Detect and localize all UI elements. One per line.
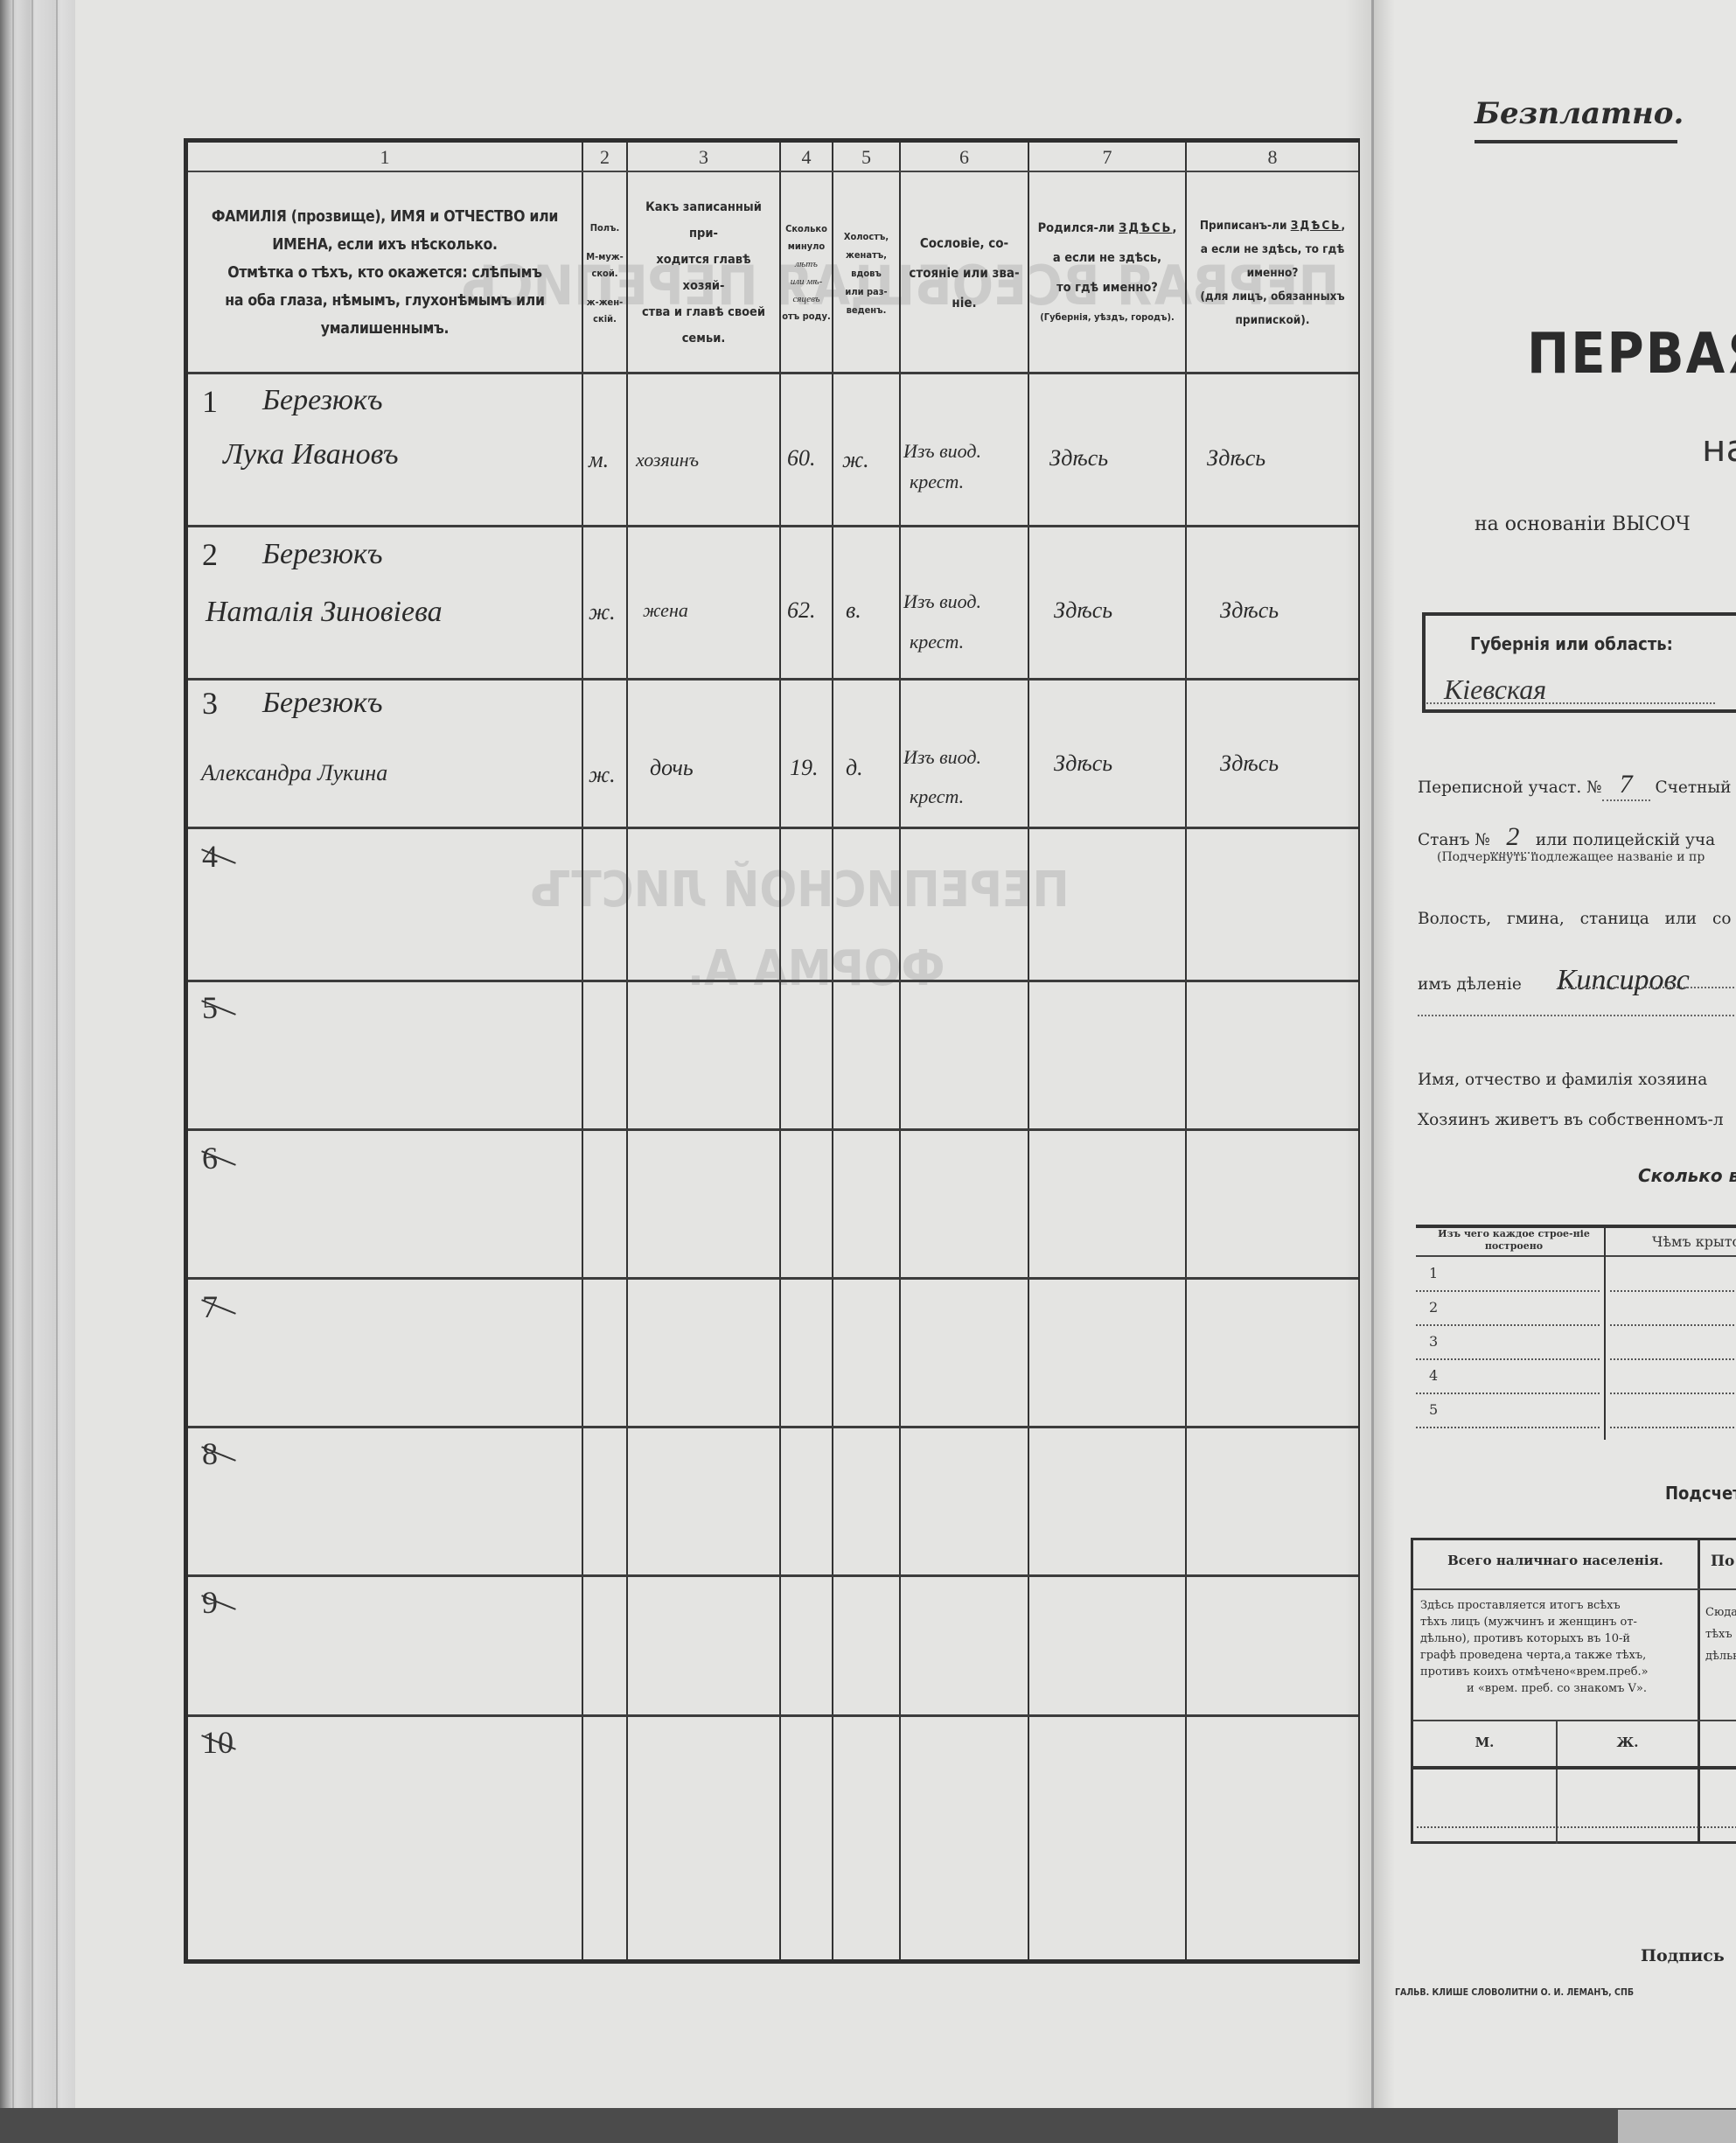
row-number: 3: [202, 685, 218, 722]
left-page: ПЕРВАЯ ВСЕОБЩАЯ ПЕРЕПИСЬ ПЕРЕПИСНОЙ ЛИСТ…: [75, 0, 1374, 2110]
tally-title: Подсчет: [1665, 1483, 1736, 1504]
header-relation: Какъ записанный при- ходится главѣ хозяй…: [628, 174, 779, 372]
building-row: 1: [1416, 1258, 1736, 1292]
owner-residence-label: Хозяинъ живетъ въ собственномъ-л: [1418, 1111, 1724, 1129]
row-number-struck: 5: [202, 989, 218, 1026]
column-number: 7: [1029, 143, 1185, 172]
volost-label: Волость, гмина, станица или со: [1418, 910, 1731, 928]
header-birthplace: Родился-ли ЗДѢСЬ, а если не здѣсь, то гд…: [1029, 174, 1185, 372]
sex: ж.: [589, 762, 616, 788]
building-row: 2: [1416, 1292, 1736, 1326]
estate: Изъ виод.: [903, 746, 981, 769]
row-number-struck: 4: [202, 838, 218, 875]
born-here: Здѣсь: [1049, 445, 1108, 471]
column-number: 1: [188, 143, 582, 172]
surname: Березюкъ: [262, 687, 383, 720]
registered-here: Здѣсь: [1220, 750, 1279, 777]
province-value: Кіевская: [1444, 674, 1546, 706]
estate-line2: крест.: [910, 785, 964, 808]
stan-note: (Подчеркнуть подлежащее названіе и пр: [1437, 850, 1705, 864]
relation: дочь: [650, 755, 694, 781]
surname: Березюкъ: [262, 384, 383, 417]
column-number: 2: [583, 143, 626, 172]
given-name: Александра Лукина: [201, 760, 387, 786]
header-registration: Приписанъ-ли ЗДѢСЬ, а если не здѣсь, то …: [1187, 174, 1358, 372]
free-label-underline: [1475, 140, 1677, 143]
census-subtitle: на: [1702, 427, 1736, 470]
scan-background-card: [1618, 2110, 1736, 2143]
row-number-struck: 9: [202, 1584, 218, 1621]
marital-status: в.: [846, 597, 861, 624]
age: 60.: [787, 445, 816, 471]
surname: Березюкъ: [262, 538, 383, 571]
buildings-roof-header: Чѣмъ крыто: [1652, 1233, 1736, 1250]
column-number: 6: [901, 143, 1028, 172]
given-name: Наталія Зиновіева: [206, 596, 443, 629]
row-number-struck: 6: [202, 1140, 218, 1176]
registered-here: Здѣсь: [1207, 445, 1265, 471]
row-number: 1: [202, 383, 218, 420]
header-age: Сколько минуло лѣтъ или мѣ- сяцевъ отъ р…: [781, 174, 832, 372]
scan-background: [0, 2108, 1736, 2143]
estate: Изъ виод.: [903, 440, 981, 463]
census-title: ПЕРВАЯ: [1527, 322, 1736, 387]
column-number-row: 1 2 3 4 5 6 7 8: [188, 143, 1358, 172]
registered-here: Здѣсь: [1220, 597, 1279, 624]
row-number: 2: [202, 536, 218, 573]
total-population-description: Здѣсь проставляется итогъ всѣхъ тѣхъ лиц…: [1420, 1597, 1693, 1697]
header-sex: Полъ. М-муж- ской. ж-жен- скій.: [583, 174, 626, 372]
book-page-edges: [0, 0, 83, 2108]
born-here: Здѣсь: [1054, 597, 1112, 624]
header-name: ФАМИЛІЯ (прозвище), ИМЯ и ОТЧЕСТВО или И…: [188, 174, 582, 372]
estate: Изъ виод.: [903, 590, 981, 613]
province-label: Губернія или область:: [1470, 633, 1673, 654]
building-row: 3: [1416, 1326, 1736, 1360]
buildings-title: Сколько во: [1638, 1165, 1736, 1186]
row-number-struck: 8: [202, 1435, 218, 1472]
right-page: Безплатно. ПЕРВАЯ на на основаніи ВЫСОЧ …: [1374, 0, 1736, 2110]
population-tally-table: Всего наличнаго населенія. Здѣсь простав…: [1411, 1538, 1736, 1844]
building-row: 4: [1416, 1360, 1736, 1394]
census-table: 1 2 3 4 5 6 7 8 ФАМИЛІЯ (прозвище), ИМЯ …: [184, 138, 1360, 1964]
sex: м.: [589, 447, 609, 473]
tally-col2-header: По: [1711, 1553, 1734, 1570]
male-column-label: М.: [1413, 1735, 1556, 1750]
stan-field: Станъ №2или полицейскій уча: [1418, 822, 1715, 854]
age: 62.: [787, 597, 816, 624]
relation: хозяинъ: [636, 449, 699, 471]
printer-imprint: ГАЛЬВ. КЛИШЕ СЛОВОЛИТНИ О. И. ЛЕМАНЪ, СП…: [1395, 1987, 1634, 1998]
marital-status: ж.: [842, 447, 869, 473]
signature-label: Подпись: [1641, 1946, 1725, 1965]
header-estate: Сословіе, со- стояніе или зва- ніе.: [901, 174, 1028, 372]
column-number: 5: [833, 143, 899, 172]
age: 19.: [790, 755, 819, 781]
building-row: 5: [1416, 1394, 1736, 1428]
relation: жена: [643, 599, 688, 622]
tally-col2-description: Сюда тѣхъ дѣльн: [1705, 1602, 1736, 1667]
census-district-field: Переписной участ. №7 Счетный у: [1418, 770, 1736, 801]
owner-name-label: Имя, отчество и фамилія хозяина: [1418, 1071, 1707, 1089]
total-population-header: Всего наличнаго населенія.: [1413, 1553, 1698, 1568]
legal-basis-line: на основаніи ВЫСОЧ: [1475, 513, 1691, 535]
given-name: Лука Ивановъ: [223, 438, 399, 471]
estate-line2: крест.: [910, 631, 964, 653]
born-here: Здѣсь: [1054, 750, 1112, 777]
column-number: 3: [628, 143, 779, 172]
sex: ж.: [589, 599, 616, 625]
header-marital-status: Холостъ, женатъ, вдовъ или раз- веденъ.: [833, 174, 899, 372]
female-column-label: Ж.: [1558, 1735, 1698, 1750]
marital-status: д.: [846, 755, 863, 781]
column-number: 8: [1187, 143, 1358, 172]
row-number-struck: 7: [202, 1288, 218, 1325]
volost-division-field: имъ дѣленіеКипсировс: [1418, 964, 1690, 997]
estate-line2: крест.: [910, 471, 964, 493]
row-number-struck: 10: [202, 1724, 234, 1761]
buildings-material-header: Изъ чего каждое строе-ніе построено: [1426, 1228, 1601, 1253]
free-of-charge-label: Безплатно.: [1475, 96, 1684, 131]
column-number: 4: [781, 143, 832, 172]
